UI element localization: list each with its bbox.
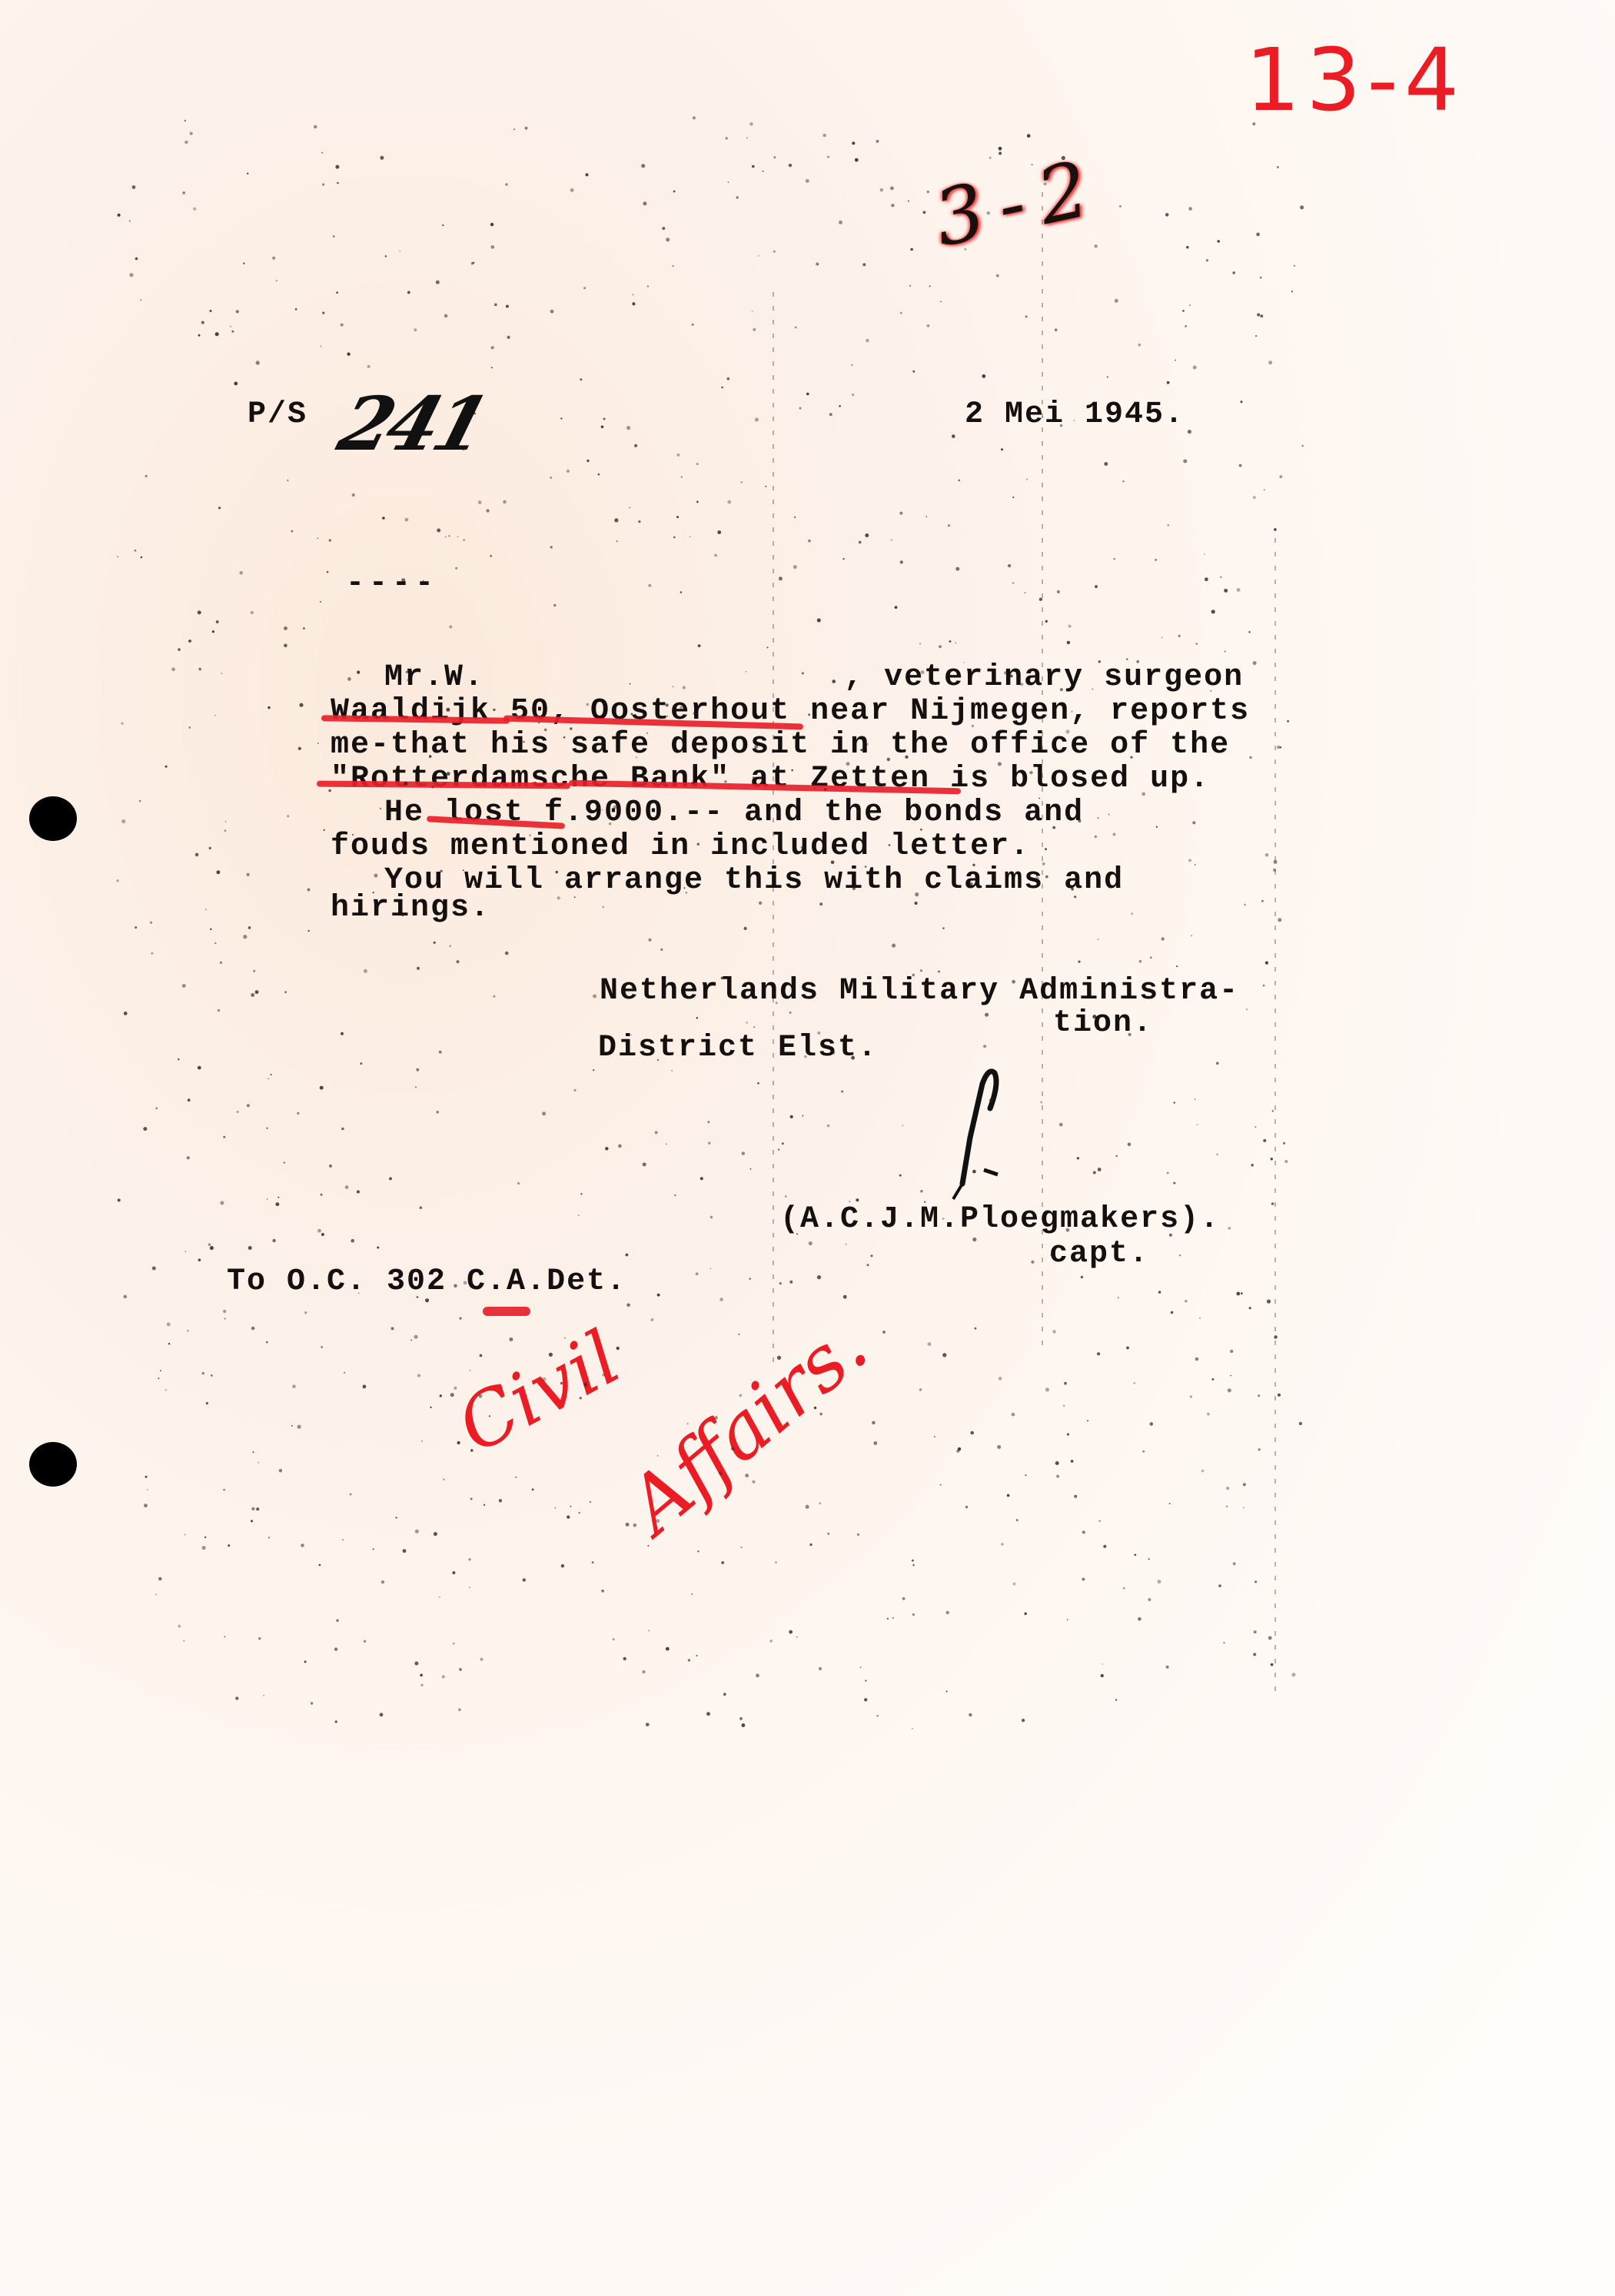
punch-hole-bottom: [29, 1442, 77, 1487]
body-line-1: Mr.W. , veterinary surgeon: [384, 661, 1244, 695]
body-line-6: fouds mentioned in included letter.: [331, 830, 1030, 864]
margin-note-civil: Civil: [444, 1314, 633, 1470]
sender-district: District Elst.: [598, 1032, 878, 1065]
paper-specks: [0, 0, 1615, 2296]
fold-line: [1274, 538, 1276, 1691]
handwritten-signature: [922, 1061, 1015, 1214]
margin-note-affairs: Affairs.: [611, 1301, 884, 1550]
recipient-line: To O.C. 302 C.A.Det.: [227, 1265, 626, 1299]
separator-dashes: ----: [346, 567, 438, 601]
punch-hole-top: [29, 796, 77, 841]
letter-date: 2 Mei 1945.: [965, 398, 1185, 432]
body-line-3: me-that his safe deposit in the office o…: [331, 729, 1230, 763]
red-underline-ca: [483, 1307, 530, 1316]
sender-organisation: Netherlands Military Administra-: [600, 975, 1239, 1008]
reference-number-handwritten: 241: [330, 380, 495, 467]
archive-number-annotation: 13-4: [1245, 31, 1465, 131]
signatory-name: (A.C.J.M.Ploegmakers).: [780, 1203, 1220, 1237]
page-number-annotation: 3-2: [926, 141, 1112, 264]
body-line-8: hirings.: [331, 892, 490, 925]
body-line-7: You will arrange this with claims and: [384, 864, 1124, 898]
sender-organisation-cont: tion.: [1053, 1007, 1153, 1041]
body-line-4: "Rotterdamsche Bank" at Zetten is blosed…: [331, 763, 1210, 796]
signatory-rank: capt.: [1049, 1238, 1149, 1271]
reference-label: P/S: [248, 398, 307, 432]
